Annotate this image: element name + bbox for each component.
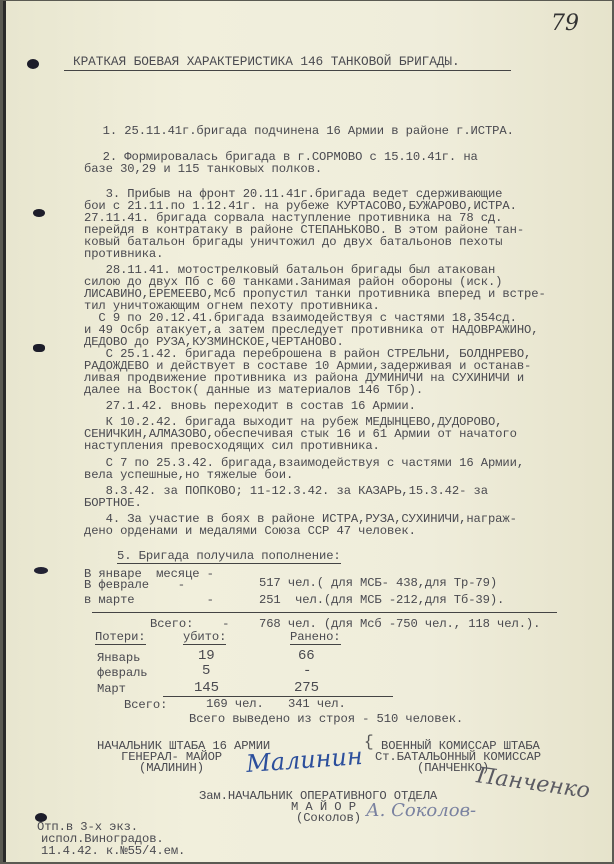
losses-grand-total: Всего выведено из строя - 510 человек.: [189, 713, 463, 725]
text-line: 8.3.42. за ПОПКОВО; 11-12.3.42. за КАЗАР…: [84, 485, 488, 497]
punch-hole-icon: [33, 344, 45, 352]
text-line: базе 30,29 и 115 танковых полков.: [84, 163, 322, 175]
text-line: БОРТНОЕ.: [84, 497, 142, 509]
loss-wounded: 275: [294, 682, 319, 694]
punch-hole-icon: [27, 59, 39, 69]
text-line: противника.: [84, 248, 163, 260]
signatory-name: (МАЛИНИН): [139, 762, 204, 774]
replenishment-value: 517 чел.( для МСБ- 438,для Тр-79): [259, 577, 497, 589]
loss-month: Март: [97, 683, 126, 695]
text-line: дено орденами и медалями Союза ССР 47 че…: [84, 525, 416, 537]
punch-hole-icon: [34, 567, 48, 574]
replenishment-value: 251 чел.(для МСБ -212,для Тб-39).: [259, 594, 504, 606]
punch-hole-icon: [33, 209, 45, 217]
text-line: вела успешные,но тяжелые бои.: [84, 469, 293, 481]
killed-header: убито:: [183, 631, 226, 643]
losses-header: Потери:: [95, 631, 146, 643]
footer-line: 11.4.42. к.№55/4.ем.: [41, 845, 185, 857]
loss-wounded: -: [303, 665, 311, 677]
loss-killed: 5: [202, 665, 210, 677]
divider: [92, 612, 557, 613]
loss-month: Январь: [97, 652, 140, 664]
loss-month: февраль: [97, 667, 148, 679]
replenishment-total-value: 768 чел. (для Мсб -750 чел., 118 чел.).: [259, 618, 540, 630]
losses-total-killed: 169 чел.: [206, 698, 264, 710]
brace-icon: {: [364, 736, 374, 748]
text-line: наступления превосходящих сил противника…: [84, 440, 380, 452]
signatory-name: (Соколов): [296, 812, 361, 824]
replenishment-label: В феврале -: [84, 579, 185, 591]
handwritten-signature: А. Соколов-: [366, 800, 476, 821]
loss-killed: 19: [198, 650, 215, 662]
title-underline: [64, 70, 511, 71]
wounded-header: Ранено:: [290, 631, 341, 643]
handwritten-signature: Панченко: [475, 763, 592, 804]
replenishment-total-label: Всего: -: [150, 618, 229, 630]
text-line: далее на Восток( данные из материалов 14…: [84, 384, 423, 396]
losses-total-label: Всего:: [124, 699, 167, 711]
section-5-heading: 5. Бригада получила пополнение:: [117, 550, 341, 562]
replenishment-label: в марте -: [84, 594, 214, 606]
losses-total-wounded: 341 чел.: [288, 698, 346, 710]
text-line: 27.1.42. вновь переходит в состав 16 Арм…: [84, 400, 416, 412]
loss-killed: 145: [194, 682, 219, 694]
document-page: 79 КРАТКАЯ БОЕВАЯ ХАРАКТЕРИСТИКА 146 ТАН…: [3, 1, 612, 862]
loss-wounded: 66: [298, 650, 315, 662]
document-title: КРАТКАЯ БОЕВАЯ ХАРАКТЕРИСТИКА 146 ТАНКОВ…: [73, 56, 460, 68]
text-line: 1. 25.11.41г.бригада подчинена 16 Армии …: [81, 125, 514, 137]
losses-sum-line: [163, 696, 393, 697]
folio-number: 79: [551, 11, 579, 36]
